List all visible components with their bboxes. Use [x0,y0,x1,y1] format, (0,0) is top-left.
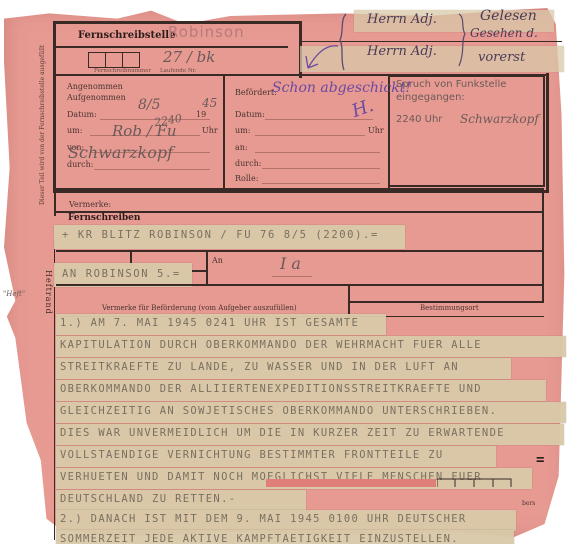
label-vermerke-befoerderung: Vermerke für Beförderung (vom Aufgeber a… [102,304,297,312]
teletype-end-mark: = [536,452,544,468]
label-angenommen: Angenommen [67,82,123,91]
fwd-an-line [255,152,380,153]
running-number-value: 27 / bk [163,48,215,66]
label-um: um: [67,126,82,135]
value-durch: Schwarzkopf [68,143,173,162]
body-line: STREITKRAEFTE ZU LANDE, ZU WASSER UND IN… [60,361,459,373]
station-label: Fernschreibstelle [78,30,175,41]
radio-note-time: 2240 Uhr [396,114,442,125]
note-line1-left: Herrn Adj. [367,12,437,27]
body-line: 2.) DANACH IST MIT DEM 9. MAI 1945 0100 … [60,513,467,525]
recipient-line [272,276,312,277]
address-bottom-line [56,284,544,286]
label-year-prefix: 19 [196,110,206,119]
note-line1-right: Gelesen [480,8,537,24]
teletype-header-line: + KR BLITZ ROBINSON / FU 76 8/5 (2200).= [62,229,379,241]
teleprinter-number-box-3 [122,52,140,68]
teleprinter-number-box-1 [88,52,106,68]
body-line: DEUTSCHLAND ZU RETTEN.- [60,493,236,505]
value-year: 45 [202,96,217,110]
address-divider-2 [206,251,208,285]
margin-heftrand-label: Heftrand [44,270,53,315]
margin-left-scribble: "Heft" [3,290,25,298]
body-line: DIES WAR UNVERMEIDLICH UM DIE IN KURZER … [60,427,505,439]
body-line: 1.) AM 7. MAI 1945 0241 UHR IST GESAMTE [60,317,359,329]
section-divider-1 [223,76,225,190]
body-line: KAPITULATION DURCH OBERKOMMANDO DER WEHR… [60,339,482,351]
durch-line [94,169,210,170]
label-fwd-uhr: Uhr [368,126,384,135]
bestimmungsort-top-line [348,301,544,303]
note-brace-and-arrow-icon [296,10,376,76]
label-befoerdert: Befördert: [235,88,277,97]
label-fernschreiben: Fernschreiben [68,213,140,223]
teleprinter-number-box-2 [105,52,123,68]
bottom-ticks-icon [437,478,512,488]
note-brace-right-icon [455,10,475,70]
address-tick [192,270,206,272]
teletype-address-line: AN ROBINSON 5.= [62,268,181,280]
radio-note-line2: eingegangen: [396,92,465,103]
radio-note-name: Schwarzkopf [460,112,539,126]
body-line: SOMMERZEIT JEDE AKTIVE KAMPFTAETIGKEIT E… [60,533,459,544]
label-bestimmungsort: Bestimmungsort [420,304,479,312]
value-befoerdert: Schon abgeschickt! [272,80,411,96]
station-stamp: Robinson [168,23,245,41]
label-fwd-um: um: [235,126,250,135]
label-an: An [212,256,223,265]
margin-vertical-note: Dieser Teil wird von der Fernschreibstel… [39,25,46,205]
label-vermerke: Vermerke: [69,200,111,209]
label-aufgenommen: Aufgenommen [67,93,126,102]
note-line2-right: vorerst [478,50,525,65]
label-fwd-rolle: Rolle: [235,174,258,183]
fwd-um-line [255,135,365,136]
value-datum: 8/5 [138,97,161,113]
body-line: VOLLSTAENDIGE VERNICHTUNG BESTIMMTER FRO… [60,449,444,461]
red-divider-strip [266,479,436,487]
form-left-edge [54,188,56,216]
label-uhr: Uhr [202,126,218,135]
label-datum: Datum: [67,110,97,119]
recipient-handwritten: I a [280,254,301,273]
body-line: GLEICHZEITIG AN SOWJETISCHES OBERKOMMAND… [60,405,497,417]
radio-note-line1: Spruch von Funkstelle [396,79,506,90]
note-line2-middle: Gesehen d. [470,26,538,40]
value-von: Rob / Fu [112,122,177,140]
note-line2-left: Herrn Adj. [367,44,437,59]
vermerke-top-line [56,188,544,190]
fwd-durch-line [262,168,380,169]
label-fwd-durch: durch: [235,159,261,168]
corner-label: bers [522,500,535,507]
body-line: OBERKOMMANDO DER ALLIIERTENEXPEDITIONSST… [60,383,482,395]
fwd-rolle-line [262,183,380,184]
label-fwd-an: an: [235,143,248,152]
label-fwd-datum: Datum: [235,110,265,119]
